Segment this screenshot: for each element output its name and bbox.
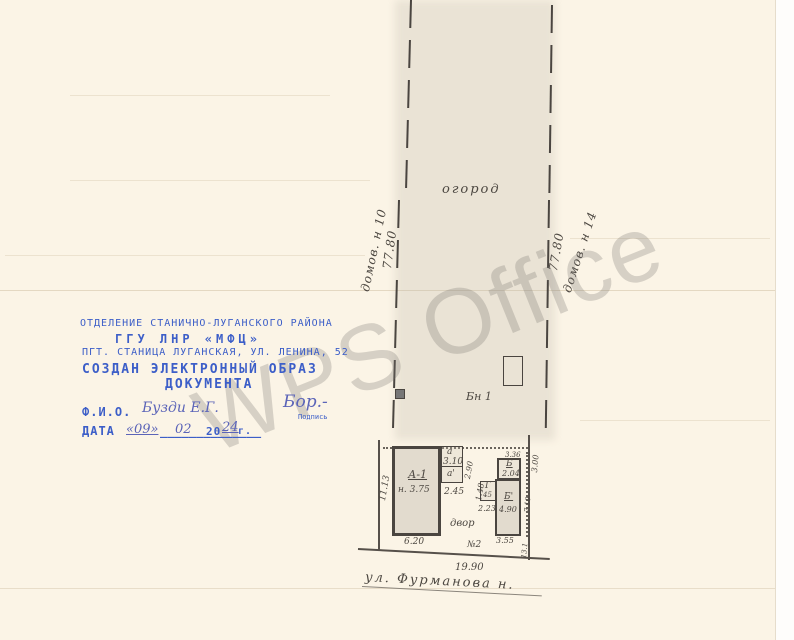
- building-B-label: Б: [506, 459, 513, 469]
- stamp-signature: Бор.-: [283, 392, 328, 412]
- dim-label: 2.90: [463, 460, 475, 479]
- stamp-fio-label: Ф.И.О.: [82, 405, 131, 419]
- garden-label: огород: [442, 182, 501, 197]
- dim-label: 3.00: [530, 454, 541, 473]
- scanned-page: огород домов. н 10 77.80 77.80 домов. н …: [0, 0, 775, 640]
- paper-crease: [70, 95, 330, 96]
- stamp-date-label: ДАТА: [82, 424, 115, 438]
- building-A1-label: А-1: [408, 468, 427, 481]
- stamp-line-2: ГГУ ЛНР «МФЦ»: [115, 332, 261, 346]
- dim-label: 3.36: [505, 451, 521, 459]
- stamp-date-day: «09»: [126, 422, 158, 437]
- paper-crease: [580, 420, 770, 421]
- stamp-line-5: ДОКУМЕНТА: [165, 377, 253, 392]
- stamp-signature-label: Подпись: [298, 413, 328, 421]
- building-B-dim: 2.04: [502, 469, 520, 478]
- left-depth-label: 11.13: [378, 475, 392, 502]
- stamp-date-year-end: г.: [238, 426, 252, 437]
- building-a-label: а: [447, 447, 452, 457]
- stamp-line-4: СОЗДАН ЭЛЕКТРОННЫЙ ОБРАЗ: [82, 362, 318, 377]
- stamp-date-year-prefix: 20: [206, 425, 221, 438]
- building-a1-label: а': [447, 469, 455, 479]
- building-G-label: Г: [485, 481, 491, 491]
- small-object-label: Бн 1: [466, 390, 492, 403]
- page-edge: [775, 0, 794, 640]
- building-G-width: 2.23: [478, 504, 496, 513]
- stamp-line-1: ОТДЕЛЕНИЕ СТАНИЧНО-ЛУГАНСКОГО РАЙОНА: [80, 318, 333, 329]
- building-B1-width: 3.55: [496, 536, 514, 545]
- building-A1-width: 6.20: [404, 537, 424, 547]
- stamp-fio-value: Буздu Е.Г.: [142, 400, 219, 416]
- building-A1-height: н. 3.75: [398, 485, 430, 495]
- dim-label: 13.1: [520, 542, 529, 558]
- house-number-mark: №2: [467, 540, 481, 550]
- front-width-label: 19.90: [455, 562, 484, 573]
- stamp-date-year-suffix: 24: [222, 420, 239, 435]
- building-a1-dim: 2.45: [444, 487, 464, 497]
- paper-crease: [5, 255, 365, 256]
- building-B1-dim: 4.90: [499, 505, 517, 514]
- stamp-line-3: ПГТ. СТАНИЦА ЛУГАНСКАЯ, УЛ. ЛЕНИНА, 52: [82, 347, 349, 358]
- side-path: [526, 452, 528, 537]
- dim-label: 7.10: [523, 496, 532, 512]
- small-shed-outline: [503, 356, 523, 386]
- yard-label: двор: [450, 518, 475, 529]
- paper-crease: [70, 180, 370, 181]
- building-B1-label: Б': [504, 492, 513, 502]
